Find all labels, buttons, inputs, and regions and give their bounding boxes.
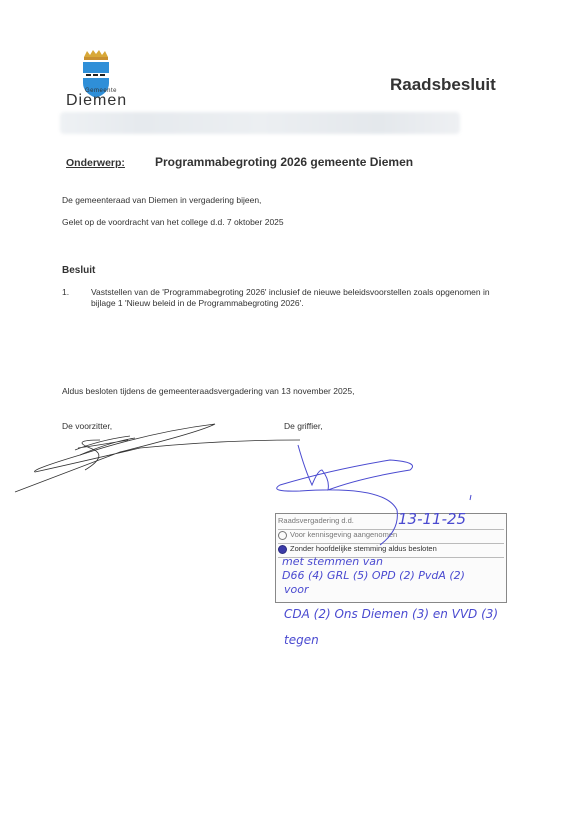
signatures-drawing <box>0 0 573 826</box>
clerk-signature <box>277 445 471 545</box>
chair-signature <box>15 424 300 492</box>
